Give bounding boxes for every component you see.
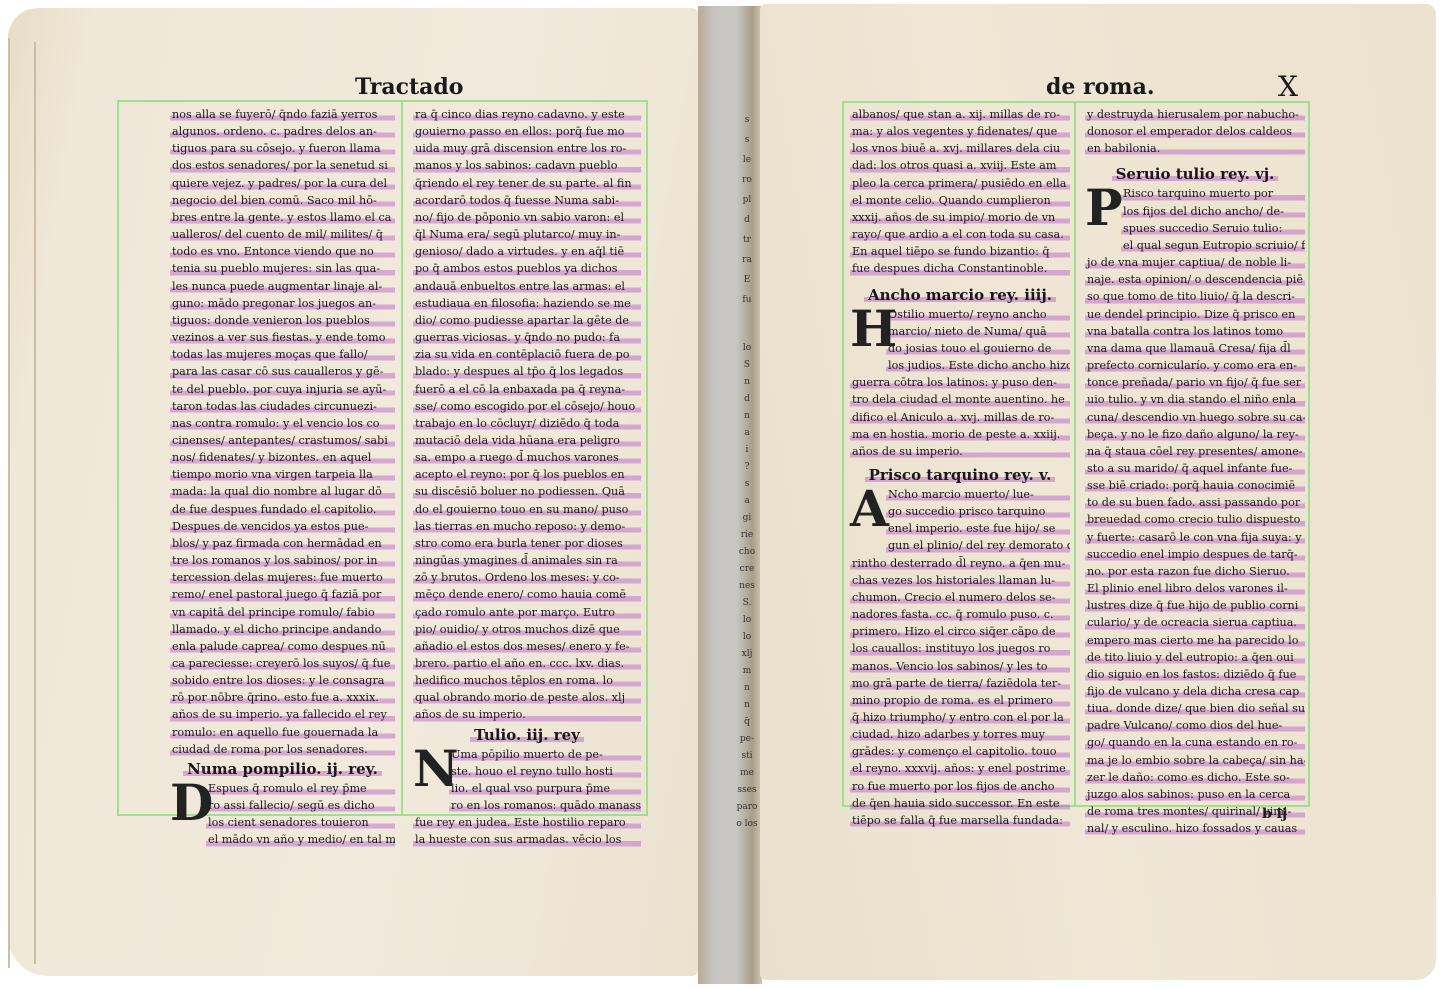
text-line: ma: y alos vegentes y fidenates/ que <box>850 123 1070 140</box>
gutter-fragment: a <box>735 493 759 510</box>
text-line: de q̄en hauia sido successor. En este <box>850 795 1070 812</box>
signature-mark: b ij <box>1262 806 1287 822</box>
gutter-fragment: cre <box>735 561 759 578</box>
text-line: lio. el qual vso purpura p̄me <box>449 780 641 797</box>
text-line: ciudad. hizo adarbes y torres muy <box>850 726 1070 743</box>
text-line: el monte celio. Quando cumplieron <box>850 192 1070 209</box>
text-line: de tito liuio y del eutropio: a q̄en oui <box>1085 649 1305 666</box>
gutter-fragment: o los <box>735 816 759 833</box>
gutter-fragment: sti <box>735 748 759 765</box>
gutter-fragment: ro <box>735 170 759 190</box>
text-line: grādes: y començo el capitolio. touo <box>850 743 1070 760</box>
text-line: ciudad de roma por los senadores. <box>170 741 395 758</box>
text-line: llamado. y el dicho principe andando <box>170 621 395 638</box>
text-line: fue rey en judea. Este hostilio reparo <box>413 814 641 831</box>
text-line: Ostilio muerto/ reyno ancho <box>886 306 1070 323</box>
text-line: guerra cōtra los latinos: y puso den- <box>850 374 1070 391</box>
text-line: chas vezes los historiales llaman lu- <box>850 572 1070 589</box>
text-line: uida muy grā discension entre los ro- <box>413 140 641 157</box>
text-line: años de su imperio. <box>413 706 641 723</box>
text-line: lustres dize q̄ fue hijo de publio corni <box>1085 597 1305 614</box>
gutter-text-upper: ssleropldtrraEfu <box>735 110 759 310</box>
text-line: breuedad como crecio tulio dispuesto <box>1085 511 1305 528</box>
gutter-fragment: lo <box>735 340 759 357</box>
text-line: ma en hostia. morio de peste a. xxiij. <box>850 426 1070 443</box>
text-line: el mādo vn año y medio/ en tal mane <box>206 831 395 848</box>
text-line: xxxij. años de su impio/ morio de vn <box>850 209 1070 226</box>
text-line: la hueste con sus armadas. vēcio los <box>413 831 641 848</box>
text-line: ra q̄ cinco dias reyno cadavno. y este <box>413 106 641 123</box>
text-line: primero. Hizo el circo siq̄er cāpo de <box>850 623 1070 640</box>
text-line: los vnos biuē a. xvj. millares dela ciu <box>850 140 1070 157</box>
section-heading: Numa pompilio. ij. rey. <box>170 758 395 780</box>
left-column-1: nos alla se fuyerō/ q̄ndo faziā yerrosal… <box>170 106 395 849</box>
text-line: el reyno. xxxvij. años: y enel postrime <box>850 760 1070 777</box>
text-line: les nunca puede augmentar linaje al- <box>170 278 395 295</box>
text-line: rō por nōbre q̄rino. esto fue a. xxxix. <box>170 689 395 706</box>
text-line: Espues q̄ romulo el rey p̄me <box>206 780 395 797</box>
text-line: prefecto cornicularío. y como era en- <box>1085 357 1305 374</box>
text-line: beça. y no le fizo daño alguno/ la rey- <box>1085 426 1305 443</box>
text-line: romulo: en aquello fue gouernada la <box>170 724 395 741</box>
gutter-fragment: a <box>735 425 759 442</box>
text-line: ro assi fallecio/ segū es dicho <box>206 797 395 814</box>
text-line: tiguos: donde venieron los pueblos <box>170 312 395 329</box>
text-line: to de su buen fado. assi passando por <box>1085 494 1305 511</box>
gutter-fragment: cho <box>735 544 759 561</box>
gutter-fragment: pe- <box>735 731 759 748</box>
text-line: tiēpo se falla q̄ fue marsella fundada: <box>850 812 1070 829</box>
text-line: no. por esta razon fue dicho Sieruo. <box>1085 563 1305 580</box>
text-line: pleo la cerca primera/ pusiēdo en ella <box>850 175 1070 192</box>
gutter-fragment: gi <box>735 510 759 527</box>
text-line: todas las mujeres moças que fallo/ <box>170 346 395 363</box>
text-line: su discēsiō boluer no podiessen. Quā <box>413 483 641 500</box>
text-line: dio siguio en los fastos: diziēdo q̄ fue <box>1085 666 1305 683</box>
text-line: el qual segun Eutropio scriuio/ fue fi <box>1121 237 1305 254</box>
text-line: tercession delas mujeres: fue muerto <box>170 569 395 586</box>
text-line: qual obrando morio de peste alos. xlj <box>413 689 641 706</box>
text-line: mo grā parte de tierra/ faziēdola ter- <box>850 675 1070 692</box>
text-line: pio/ ouidio/ y otros muchos dizē que <box>413 621 641 638</box>
gutter-fragment: lo <box>735 629 759 646</box>
section-heading: Prisco tarquino rey. v. <box>850 464 1070 486</box>
text-line: brero. partio el año en. ccc. lxv. dias. <box>413 655 641 672</box>
text-line: fue despues dicha Constantinoble. <box>850 260 1070 277</box>
gutter-fragment: ? <box>735 459 759 476</box>
text-line: q̄riendo el rey tener de su parte. al fi… <box>413 175 641 192</box>
text-line: naje. esta opinion/ o descendencia piē <box>1085 271 1305 288</box>
text-line: q̄ hizo triumpho/ y entro con el por la <box>850 709 1070 726</box>
text-line: blos/ y paz firmada con hermādad en <box>170 535 395 552</box>
text-line: acordarō todos q̄ fuesse Numa sabi- <box>413 192 641 209</box>
text-line: negocio del bien comū. Saco mil hō- <box>170 192 395 209</box>
gutter-text-lower: loSndnai?sagiriechocrenesS.loloxljmnnq̄p… <box>735 340 759 833</box>
gutter-fragment: le <box>735 150 759 170</box>
text-line: go succedio prisco tarquino <box>886 503 1070 520</box>
text-line: vna dama que llamauā Cresa/ fija d̄l <box>1085 340 1305 357</box>
text-line: ro en los romanos: quādo manasses <box>449 797 641 814</box>
gutter-fragment: n <box>735 374 759 391</box>
text-line: albanos/ que stan a. xij. millas de ro- <box>850 106 1070 123</box>
drop-cap-initial: P <box>1085 185 1119 237</box>
text-line: fuerō a el cō la enbaxada pa q̄ reyna- <box>413 381 641 398</box>
running-head-left: Tractado <box>355 74 464 100</box>
right-column-2: y destruyda hierusalem por nabucho-donos… <box>1085 106 1305 837</box>
text-line: años de su imperio. <box>850 443 1070 460</box>
text-line: los cauallos: instituyo los juegos ro <box>850 640 1070 657</box>
text-line: enla palude caprea/ como despues nū <box>170 638 395 655</box>
text-line: trabajo en lo cōcluyr/ diziēdo q̄ toda <box>413 415 641 432</box>
text-line: gun el plinio/ del rey demorato de co- <box>886 537 1070 554</box>
drop-cap-initial: N <box>413 746 447 798</box>
text-line: en babilonia. <box>1085 140 1305 157</box>
text-line: juzgo alos sabinos: puso en la cerca <box>1085 786 1305 803</box>
text-line: andauā enbueltos entre las armas: el <box>413 278 641 295</box>
text-line: tiua. donde dize/ que bien dio señal su <box>1085 700 1305 717</box>
text-line: genioso/ dado a virtudes. y en aq̄l tiē <box>413 243 641 260</box>
text-line: çado romulo ante por março. Eutro <box>413 604 641 621</box>
text-line: Ncho marcio muerto/ lue- <box>886 486 1070 503</box>
text-line: remo/ enel pastoral juego q̄ faziā por <box>170 586 395 603</box>
text-line: manos y los sabinos: cadavn pueblo <box>413 157 641 174</box>
gutter-fragment: s <box>735 110 759 130</box>
gutter-fragment: lo <box>735 612 759 629</box>
gutter-fragment: fu <box>735 290 759 310</box>
text-line: vna batalla contra los latinos tomo <box>1085 323 1305 340</box>
text-line: jo de vna mujer captiua/ de noble li- <box>1085 254 1305 271</box>
text-line: sobido entre los dioses: y le consagra <box>170 672 395 689</box>
text-line: ue dendel principio. Dize q̄ prisco en <box>1085 306 1305 323</box>
right-column-1: albanos/ que stan a. xij. millas de ro-m… <box>850 106 1070 829</box>
gutter-fragment: q̄ <box>735 714 759 731</box>
text-line: enel imperio. este fue hijo/ se <box>886 520 1070 537</box>
text-line: do el gouierno touo en su mano/ puso <box>413 501 641 518</box>
text-line: vn capitā del principe romulo/ fabio <box>170 604 395 621</box>
text-line: guerras viciosas. y q̄ndo no pudo: fa <box>413 329 641 346</box>
text-line: dad: los otros quasi a. xviij. Este am <box>850 157 1070 174</box>
text-line: rintho desterrado d̄l reyno. a q̄en mu- <box>850 555 1070 572</box>
text-line: fijo de vulcano y dela dicha cresa cap <box>1085 683 1305 700</box>
drop-cap-initial: H <box>850 306 884 358</box>
text-line: chumon. Crecio el numero delos se- <box>850 589 1070 606</box>
gutter-fragment: S <box>735 357 759 374</box>
text-line: y destruyda hierusalem por nabucho- <box>1085 106 1305 123</box>
text-line: añadio el estos dos meses/ enero y fe- <box>413 638 641 655</box>
gutter-fragment: E <box>735 270 759 290</box>
text-line: sa. empo a ruego d̄ muchos varones <box>413 449 641 466</box>
text-line: tiempo morio vna virgen tarpeia lla <box>170 466 395 483</box>
text-line: mutaciō dela vida hūana era peligro <box>413 432 641 449</box>
drop-cap-initial: A <box>850 486 884 538</box>
text-line: cuna/ descendio vn huego sobre su ca- <box>1085 409 1305 426</box>
text-line: ca pareciesse: creyerō los suyos/ q̄ fue <box>170 655 395 672</box>
text-line: nos alla se fuyerō/ q̄ndo faziā yerros <box>170 106 395 123</box>
text-line: vezinos a ver sus fiestas. y ende tomo <box>170 329 395 346</box>
text-line: zia su vida en contēplaciō fuera de po <box>413 346 641 363</box>
gutter-fragment: n <box>735 408 759 425</box>
text-line: guno: mādo pregonar los juegos an- <box>170 295 395 312</box>
text-line: ualleros/ del cuento de mil/ milites/ q̄ <box>170 226 395 243</box>
text-line: Despues de vencidos ya estos pue- <box>170 518 395 535</box>
gutter-fragment: s <box>735 130 759 150</box>
text-line: los cient senadores touieron <box>206 814 395 831</box>
text-line: taron todas las ciudades circunuezi- <box>170 398 395 415</box>
text-line: po q̄ ambos estos pueblos ya dichos <box>413 260 641 277</box>
text-line: las tierras en mucho reposo: y demo- <box>413 518 641 535</box>
gutter-fragment: paro <box>735 799 759 816</box>
gutter-fragment: S. <box>735 595 759 612</box>
text-line: te del pueblo. por cuya injuria se ayū- <box>170 381 395 398</box>
gutter-fragment: tr <box>735 230 759 250</box>
text-line: zer le daño: como es dicho. Este so- <box>1085 769 1305 786</box>
text-line: culario/ y de ocreacia sierua captiua. <box>1085 614 1305 631</box>
text-line: ningūas ymagines d̄ animales sin ra <box>413 552 641 569</box>
gutter-fragment: d <box>735 210 759 230</box>
text-line: los fijos del dicho ancho/ de- <box>1121 203 1305 220</box>
text-line: cinenses/ antepantes/ crastumos/ sabi <box>170 432 395 449</box>
text-line: blado: y despues al tp̄o q̄ los legados <box>413 363 641 380</box>
text-line: nadores fasta. cc. q̄ romulo puso. c. <box>850 606 1070 623</box>
text-line: los judios. Este dicho ancho hizo la <box>886 357 1070 374</box>
text-line: sto a su marido/ q̄ aquel infante fue- <box>1085 460 1305 477</box>
left-column-2: ra q̄ cinco dias reyno cadavno. y estego… <box>413 106 641 849</box>
text-line: no/ fijo de pōponio vn sabio varon: el <box>413 209 641 226</box>
text-line: sse biē criado: porq̄ hauia conocimiē <box>1085 477 1305 494</box>
text-line: marcio/ nieto de Numa/ quā <box>886 323 1070 340</box>
text-line: go/ quando en la cuna estando en ro- <box>1085 734 1305 751</box>
text-line: Uma pōpilio muerto de pe- <box>449 746 641 763</box>
gutter-fragment: ra <box>735 250 759 270</box>
text-line: para las casar cō sus caualleros y gē- <box>170 363 395 380</box>
text-line: tonce preñada/ pario vn fijo/ q̄ fue ser <box>1085 374 1305 391</box>
text-line: padre Vulcano/ como dios del hue- <box>1085 717 1305 734</box>
text-line: so que tomo de tito liuio/ q̄ la descri- <box>1085 288 1305 305</box>
text-line: algunos. ordeno. c. padres delos an- <box>170 123 395 140</box>
text-line: manos. Vencio los sabinos/ y les to <box>850 658 1070 675</box>
text-line: zō y brutos. Ordeno los meses: y co- <box>413 569 641 586</box>
section-heading: Seruio tulio rey. vj. <box>1085 163 1305 185</box>
text-line: mino propio de roma. es el primero <box>850 692 1070 709</box>
text-line: uio tulio. y vn dia stando el niño enla <box>1085 391 1305 408</box>
text-line: na q̄ staua cōel rey presentes/ amone- <box>1085 443 1305 460</box>
text-line: años de su imperio. ya fallecido el rey <box>170 706 395 723</box>
text-line: spues succedio Seruio tulio: <box>1121 220 1305 237</box>
text-line: stro como era burla tener por dioses <box>413 535 641 552</box>
text-line: estudiaua en filosofia: haziendo se me <box>413 295 641 312</box>
text-line: ste. houo el reyno tullo hosti <box>449 763 641 780</box>
gutter-fragment: i <box>735 442 759 459</box>
section-heading: Ancho marcio rey. iiij. <box>850 284 1070 306</box>
text-line: dos estos senadores/ por la senetud si <box>170 157 395 174</box>
text-line: tre los romanos y los sabinos/ por in <box>170 552 395 569</box>
text-line: ro fue muerto por los fijos de ancho <box>850 778 1070 795</box>
text-line: tiguos para su cōsejo. y fueron llama <box>170 140 395 157</box>
text-line: mada: la qual dio nombre al lugar dō <box>170 483 395 500</box>
gutter-fragment: rie <box>735 527 759 544</box>
text-line: ma je lo embio sobre la cabeça/ sin ha- <box>1085 752 1305 769</box>
text-line: donosor el emperador delos caldeos <box>1085 123 1305 140</box>
gutter-fragment: me <box>735 765 759 782</box>
gutter-fragment: sses <box>735 782 759 799</box>
text-line: rayo/ que ardio a el con toda su casa. <box>850 226 1070 243</box>
text-line: sse/ como escogido por el cōsejo/ houo <box>413 398 641 415</box>
text-line: gouierno passo en ellos: porq̄ fue mo <box>413 123 641 140</box>
text-line: de fue despues fundado el capitolio. <box>170 501 395 518</box>
text-line: hedifico muchos tēplos en roma. lo <box>413 672 641 689</box>
text-line: Risco tarquino muerto por <box>1121 185 1305 202</box>
running-head-right: de roma. <box>1046 74 1155 100</box>
text-line: do josias touo el gouierno de <box>886 340 1070 357</box>
gutter-fragment: nes <box>735 578 759 595</box>
page-edges <box>8 38 34 968</box>
drop-cap-initial: D <box>170 780 204 832</box>
text-line: quiere vejez. y padres/ por la cura del <box>170 175 395 192</box>
text-line: nos/ fidenates/ y bizontes. en aquel <box>170 449 395 466</box>
gutter-fragment: xlj <box>735 646 759 663</box>
gutter-fragment: m <box>735 663 759 680</box>
text-line: nal/ y esculino. hizo fossados y cauas <box>1085 820 1305 837</box>
gutter-fragment: d <box>735 391 759 408</box>
text-line: tenia su pueblo mujeres: sin las qua- <box>170 260 395 277</box>
text-line: dio/ como pudiesse apartar la gēte de <box>413 312 641 329</box>
text-line: difico el Aniculo a. xvj. millas de ro- <box>850 409 1070 426</box>
text-line: empero mas cierto me ha parecido lo <box>1085 632 1305 649</box>
text-line: succedio enel impio despues de tarq̄- <box>1085 546 1305 563</box>
folio-number: X <box>1278 70 1298 103</box>
gutter-fragment: n <box>735 680 759 697</box>
gutter-fragment: pl <box>735 190 759 210</box>
text-line: mēço dende enero/ como hauia comē <box>413 586 641 603</box>
text-line: El plinio enel libro delos varones il- <box>1085 580 1305 597</box>
text-line: bres entre la gente. y estos llamo el ca <box>170 209 395 226</box>
text-line: nas contra romulo: y el vencio los co <box>170 415 395 432</box>
text-line: todo es vno. Entonce viendo que no <box>170 243 395 260</box>
gutter-fragment: n <box>735 697 759 714</box>
text-line: tro dela ciudad el monte auentino. he <box>850 391 1070 408</box>
text-line: q̄l Numa era/ segū plutarco/ muy in- <box>413 226 641 243</box>
text-line: En aquel tiēpo se fundo bizantio: q̄ <box>850 243 1070 260</box>
text-line: acepto el reyno: por q̄ los pueblos en <box>413 466 641 483</box>
text-line: y fuerte: casarō le con vna fija suya: y <box>1085 529 1305 546</box>
gutter-fragment: s <box>735 476 759 493</box>
